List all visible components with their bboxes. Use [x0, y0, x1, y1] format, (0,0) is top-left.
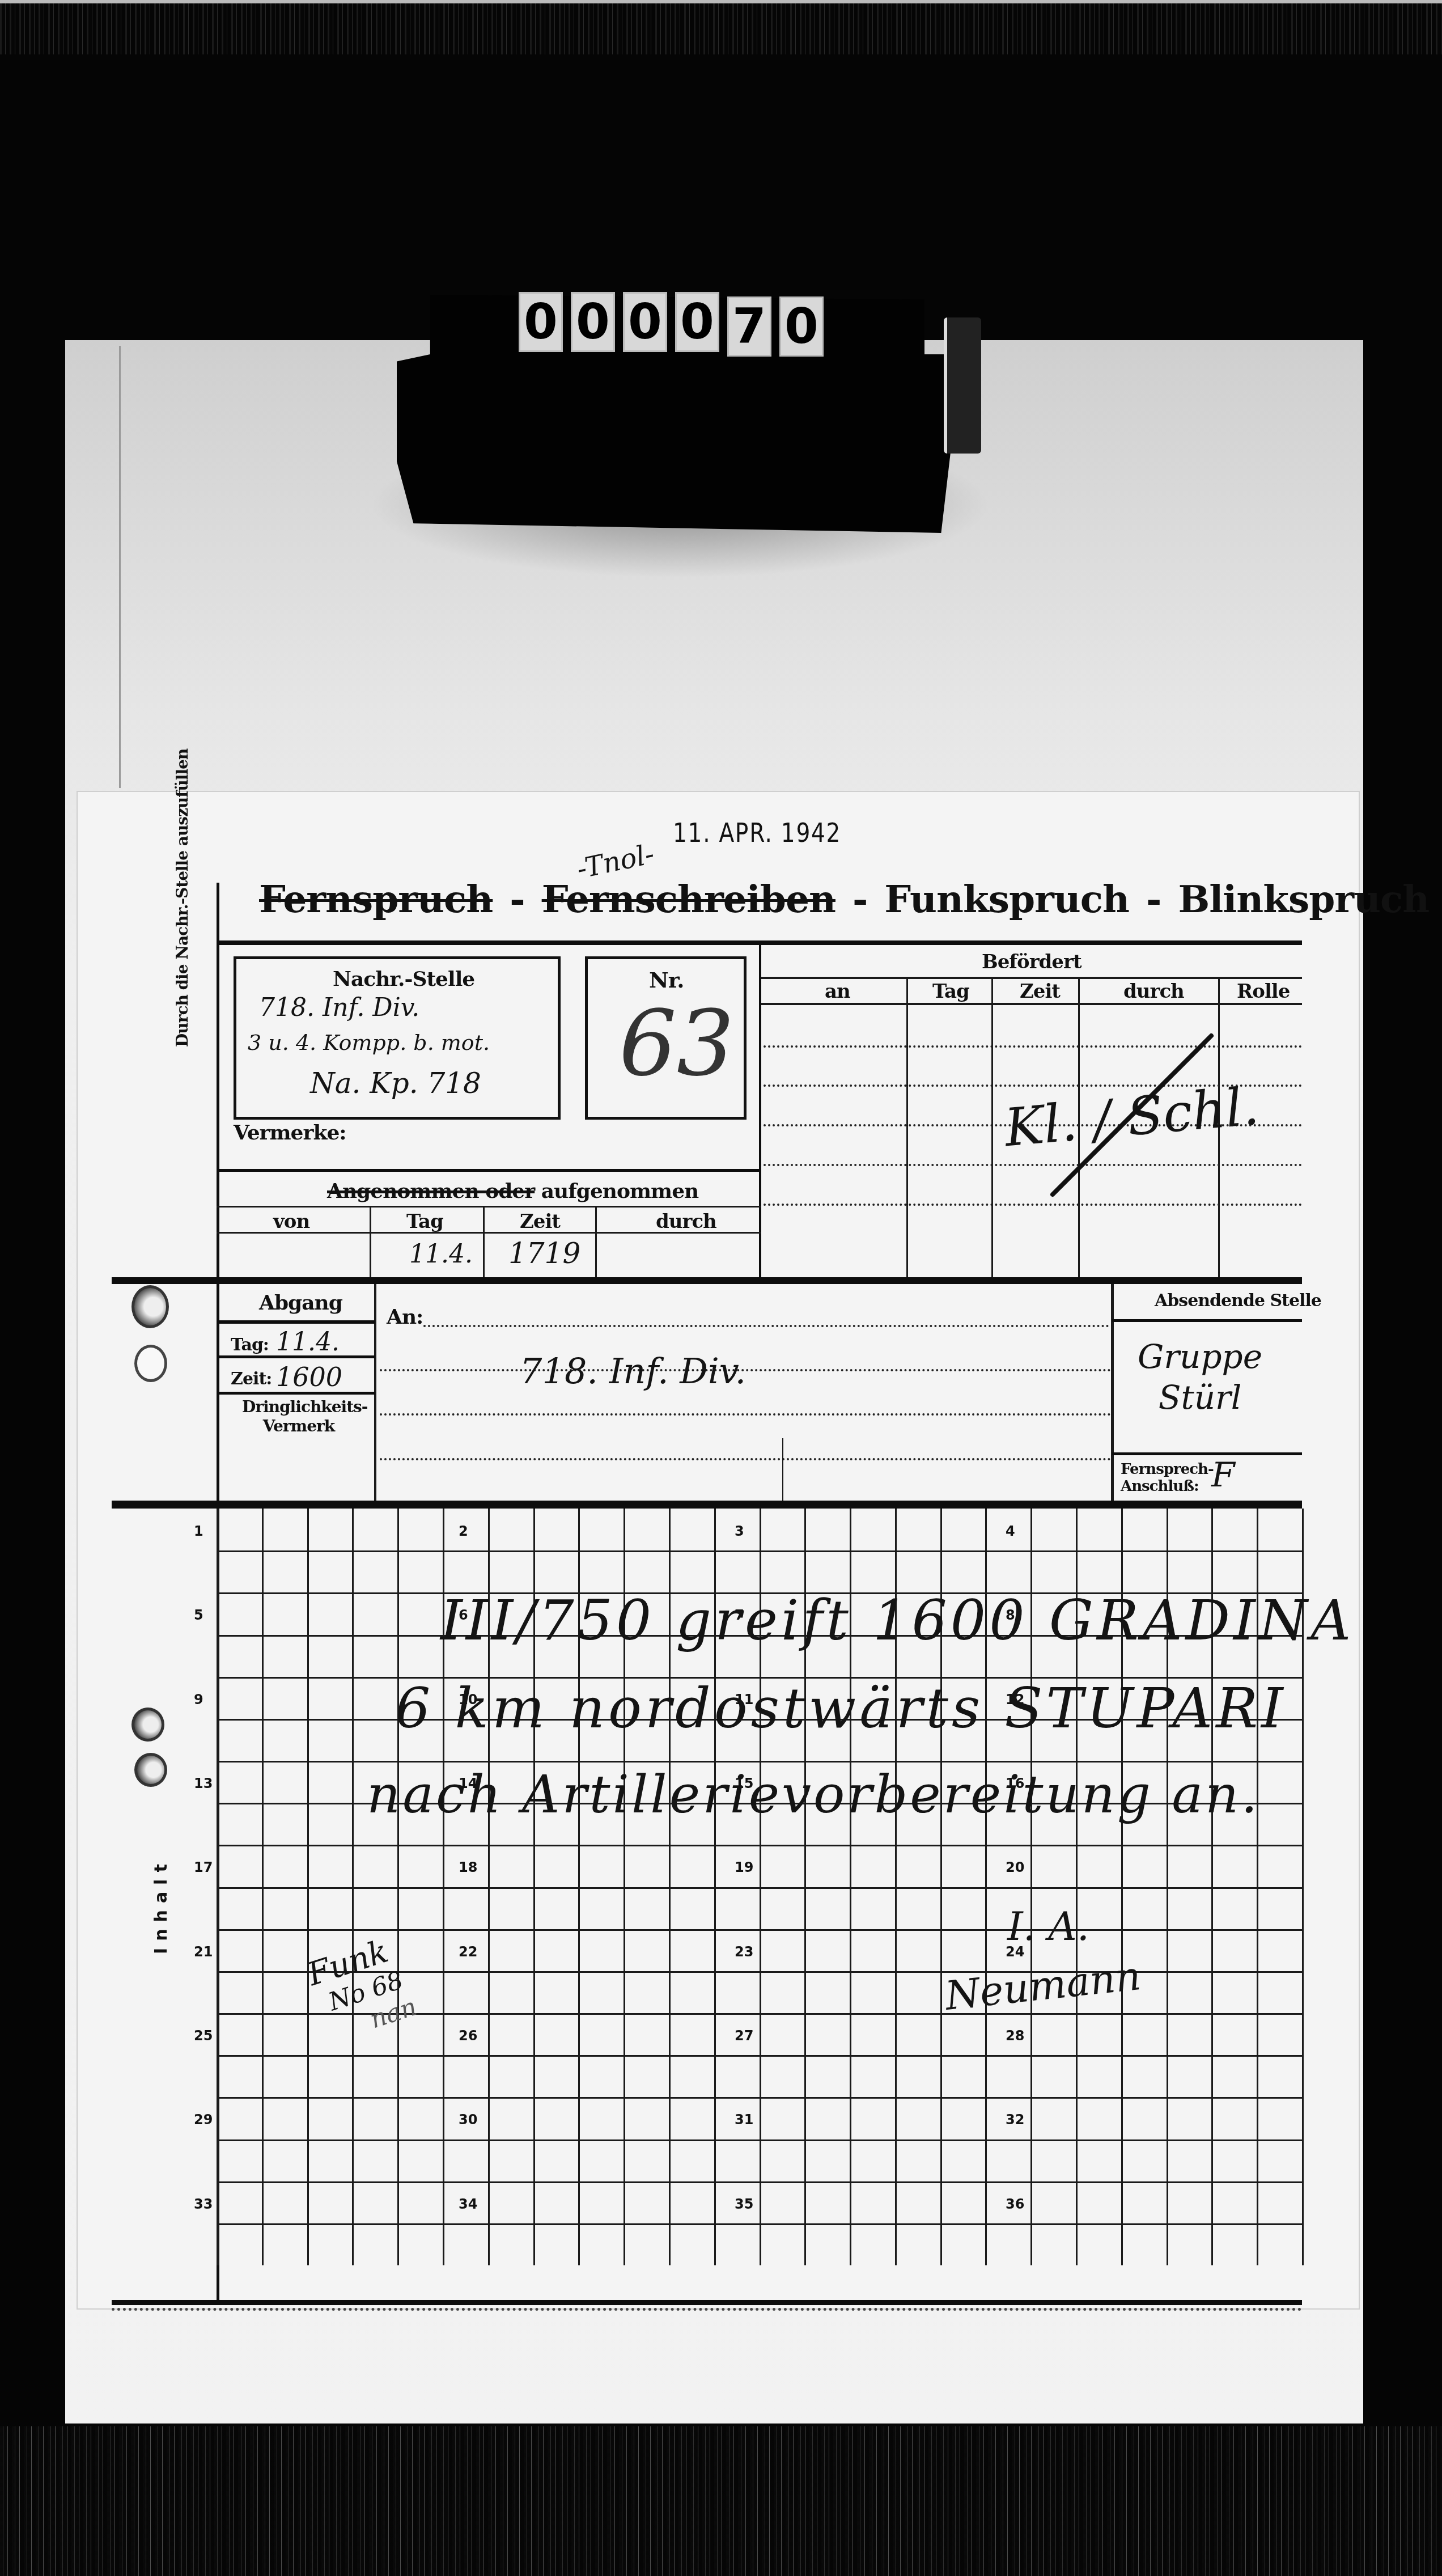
- abgang-title-rule: [218, 1320, 375, 1324]
- grid-line-number: 32: [1006, 2112, 1024, 2128]
- punch-hole: [134, 1345, 167, 1382]
- absendende-divider: [1111, 1284, 1114, 1506]
- nachr-stelle-line: Na. Kp. 718: [310, 1067, 481, 1100]
- fernsprech-label: Fernsprech-Anschluß:: [1121, 1461, 1200, 1495]
- message-line: III/750 greift 1600 GRADINA: [440, 1588, 1354, 1653]
- aufgenommen-zeit-value: 1719: [508, 1237, 580, 1270]
- counter-digit: 0: [675, 292, 719, 352]
- grid-row-line: [217, 1550, 1302, 1552]
- type-funkspruch: Funkspruch: [884, 877, 1129, 921]
- vermerke-rule: [217, 1169, 761, 1172]
- grid-line-number: 31: [735, 2112, 753, 2128]
- fernsprech-value: F: [1211, 1455, 1235, 1495]
- befoerdert-dotted-line: [764, 1204, 1302, 1206]
- type-fernspruch: Fernspruch: [259, 877, 493, 921]
- an-tick: [782, 1438, 783, 1501]
- nummer-label: Nr.: [649, 967, 684, 993]
- an-dotted-line: [423, 1325, 1109, 1327]
- befoerdert-col-divider: [991, 977, 993, 1277]
- message-form: 11. APR. 1942 -Tnol- Durch die Nachr.-St…: [77, 791, 1360, 2310]
- grid-line-number: 21: [194, 1944, 213, 1960]
- side-note: Durch die Nachr.-Stelle auszufüllen: [173, 752, 192, 1047]
- absendende-value: Gruppe Stürl: [1132, 1336, 1268, 1418]
- grid-row-line: [217, 2139, 1302, 2141]
- befoerdert-col-divider: [906, 977, 908, 1277]
- befoerdert-col-zeit: Zeit: [1020, 980, 1060, 1003]
- grid-line-number: 19: [735, 1859, 753, 1875]
- punch-hole: [134, 1753, 167, 1787]
- vermerke-label: Vermerke:: [234, 1121, 346, 1145]
- grid-line-number: 2: [459, 1523, 468, 1539]
- grid-line-number: 18: [459, 1859, 477, 1875]
- aufgenommen-struck: Angenommen oder: [327, 1179, 535, 1203]
- fernsprech-rule: [1112, 1452, 1302, 1455]
- aufgenommen-col-durch: durch: [656, 1210, 716, 1233]
- absendende-rule: [1112, 1319, 1302, 1322]
- type-separator: -: [510, 877, 524, 921]
- grid-line-number: 30: [459, 2112, 477, 2128]
- upper-divider: [759, 944, 761, 1277]
- signature-prefix: I. A.: [1007, 1903, 1089, 1950]
- grid-line-number: 17: [194, 1859, 213, 1875]
- aufgenommen-col-divider: [370, 1206, 371, 1277]
- grid-row-line: [217, 1929, 1302, 1931]
- scanner-edge-top: [0, 0, 1442, 54]
- abgang-tag-value: 11.4.: [276, 1328, 340, 1357]
- nummer-box: Nr. 63: [585, 956, 747, 1120]
- scanner-edge-bottom: [0, 2426, 1442, 2576]
- aufgenommen-col-von: von: [273, 1210, 309, 1233]
- grid-line-number: 22: [459, 1944, 477, 1960]
- inhalt-label: Inhalt: [151, 1857, 171, 1954]
- abgang-zeit-label: Zeit:: [231, 1369, 272, 1389]
- grid-line-number: 4: [1006, 1523, 1015, 1539]
- aufgenommen-col-divider: [595, 1206, 597, 1277]
- counter-digit: 0: [571, 292, 615, 352]
- abgang-divider: [374, 1284, 376, 1506]
- type-fernschreiben: Fernschreiben: [542, 877, 835, 921]
- grid-line-number: 9: [194, 1692, 203, 1708]
- grid-row-line: [217, 1887, 1302, 1889]
- befoerdert-col-an: an: [825, 980, 850, 1003]
- type-separator: -: [853, 877, 867, 921]
- abgang-title: Abgang: [259, 1291, 342, 1315]
- grid-line-number: 1: [194, 1523, 203, 1539]
- an-dotted-line: [380, 1413, 1111, 1416]
- grid-row-line: [217, 1761, 1302, 1762]
- perforation: [112, 2308, 1302, 2311]
- abgang-zeit-rule: [218, 1392, 375, 1395]
- grid-line-number: 29: [194, 2112, 213, 2128]
- counter-digit: 0: [623, 292, 667, 352]
- upper-section-rule: [112, 1277, 1302, 1284]
- an-value: 718. Inf. Div.: [520, 1350, 746, 1392]
- aufgenommen-header-rule: [217, 1206, 761, 1207]
- message-line: 6 km nordostwärts STUPARI: [395, 1676, 1287, 1741]
- grid-line-number: 20: [1006, 1859, 1024, 1875]
- counter-digit: 7: [727, 296, 771, 357]
- aufgenommen-col-zeit: Zeit: [520, 1210, 560, 1233]
- grid-line-number: 34: [459, 2196, 477, 2212]
- aufgenommen-title: aufgenommen: [541, 1179, 699, 1203]
- type-separator: -: [1146, 877, 1161, 921]
- type-blinkspruch: Blinkspruch: [1178, 877, 1429, 921]
- grid-row-line: [217, 2223, 1302, 2225]
- frame-counter-knob: [944, 317, 981, 454]
- message-type-row: Fernspruch - Fernschreiben - Funkspruch …: [259, 877, 1429, 921]
- grid-row-line: [217, 2097, 1302, 2099]
- abgang-section-rule: [112, 1501, 1302, 1509]
- nummer-value: 63: [619, 990, 735, 1096]
- grid-line-number: 5: [194, 1607, 203, 1623]
- grid-row-line: [217, 2181, 1302, 2183]
- counter-digit: 0: [779, 296, 824, 357]
- grid-line-number: 28: [1006, 2028, 1024, 2044]
- grid-line-number: 25: [194, 2028, 213, 2044]
- aufgenommen-col-divider: [483, 1206, 485, 1277]
- grid-line-number: 36: [1006, 2196, 1024, 2212]
- punch-hole: [132, 1285, 169, 1328]
- befoerdert-col-rolle: Rolle: [1237, 980, 1290, 1003]
- frame-counter: 0 0 0 0 7 0: [519, 292, 824, 357]
- aufgenommen-tag-value: 11.4.: [409, 1240, 473, 1269]
- grid-line-number: 13: [194, 1776, 213, 1791]
- befoerdert-title: Befördert: [982, 951, 1081, 973]
- abgang-tag-rule: [218, 1355, 375, 1358]
- date-stamp: 11. APR. 1942: [673, 817, 841, 848]
- befoerdert-header-rule: [761, 1003, 1302, 1005]
- aufgenommen-heading: Angenommen oder aufgenommen: [327, 1179, 698, 1203]
- grid-line-number: 35: [735, 2196, 753, 2212]
- message-line: nach Artillerievorbereitung an.: [367, 1764, 1260, 1825]
- grid-row-line: [217, 1845, 1302, 1846]
- nachr-stelle-label: Nachr.-Stelle: [333, 967, 474, 991]
- absendende-label: Absendende Stelle: [1155, 1291, 1321, 1311]
- punch-hole: [132, 1708, 164, 1742]
- an-dotted-line: [380, 1458, 1111, 1460]
- nachr-stelle-line: 718. Inf. Div.: [259, 993, 419, 1022]
- grid-line-number: 27: [735, 2028, 753, 2044]
- nachr-stelle-box: Nachr.-Stelle 718. Inf. Div. 3 u. 4. Kom…: [234, 956, 561, 1120]
- befoerdert-title-rule: [761, 977, 1302, 979]
- an-label: An:: [387, 1305, 423, 1329]
- abgang-zeit-value: 1600: [276, 1362, 342, 1392]
- backing-sheet-fold: [119, 346, 121, 788]
- counter-digit: 0: [519, 292, 563, 352]
- grid-line-number: 26: [459, 2028, 477, 2044]
- form-bottom-rule: [112, 2300, 1302, 2305]
- grid-row-line: [217, 2055, 1302, 2057]
- grid-line-number: 3: [735, 1523, 744, 1539]
- befoerdert-col-tag: Tag: [932, 980, 969, 1003]
- nachr-stelle-line: 3 u. 4. Kompp. b. mot.: [248, 1030, 490, 1055]
- dringlichkeit-label: Dringlichkeits-Vermerk: [242, 1397, 355, 1436]
- befoerdert-strike-mark: [1041, 1030, 1223, 1200]
- aufgenommen-col-tag: Tag: [406, 1210, 443, 1233]
- grid-line-number: 23: [735, 1944, 753, 1960]
- abgang-tag-label: Tag:: [231, 1335, 269, 1355]
- befoerdert-col-durch: durch: [1123, 980, 1184, 1003]
- grid-line-number: 33: [194, 2196, 213, 2212]
